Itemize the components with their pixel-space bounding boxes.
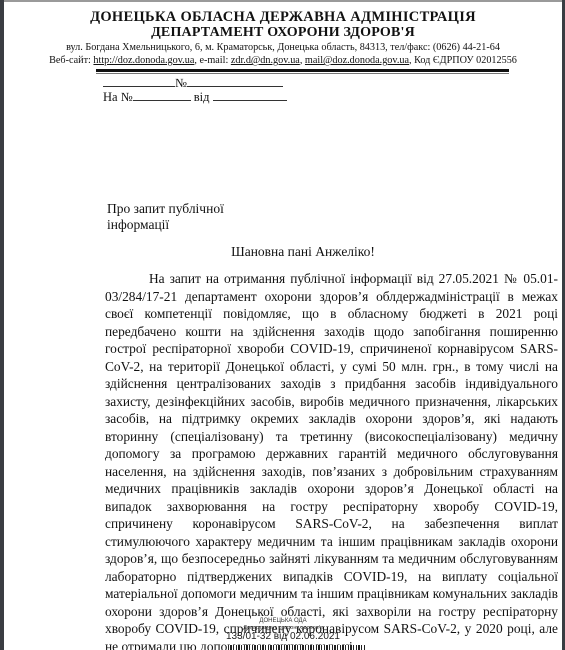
website-label: Веб-сайт: xyxy=(49,55,93,66)
stamp-registration-number: 133/01-32 від 02.06.2021 xyxy=(4,631,562,642)
email-link-1[interactable]: zdr.d@dn.gov.ua xyxy=(231,55,300,66)
email-label: , e-mail: xyxy=(194,55,231,66)
incoming-date-blank xyxy=(213,89,287,101)
barcode xyxy=(228,645,366,650)
incoming-reference: На № від xyxy=(103,89,287,105)
letterhead-address: вул. Богдана Хмельницького, 6, м. Крамат… xyxy=(4,42,562,53)
subject-line-1: Про запит публічної xyxy=(107,201,224,217)
letterhead-divider-thin xyxy=(96,73,509,74)
number-label: № xyxy=(175,76,187,90)
letterhead-department: ДЕПАРТАМЕНТ ОХОРОНИ ЗДОРОВ'Я xyxy=(4,25,562,41)
letter-body: На запит на отримання публічної інформац… xyxy=(105,270,558,650)
letterhead-organization: ДОНЕЦЬКА ОБЛАСНА ДЕРЖАВНА АДМІНІСТРАЦІЯ xyxy=(4,9,562,26)
website-link[interactable]: http://doz.donoda.gov.ua xyxy=(93,55,194,66)
outgoing-number-blank xyxy=(187,75,283,87)
edrpou-code: , Код ЄДРПОУ 02012556 xyxy=(409,55,517,66)
greeting: Шановна пані Анжеліко! xyxy=(4,244,562,260)
reply-to-label: На № xyxy=(103,90,133,104)
incoming-number-blank xyxy=(133,89,191,101)
outgoing-date-blank xyxy=(103,75,175,87)
letter-page: ДОНЕЦЬКА ОБЛАСНА ДЕРЖАВНА АДМІНІСТРАЦІЯ … xyxy=(4,2,562,650)
subject-line-2: інформації xyxy=(107,217,224,233)
letter-subject: Про запит публічної інформації xyxy=(107,201,224,233)
letterhead-contacts: Веб-сайт: http://doz.donoda.gov.ua, e-ma… xyxy=(4,55,562,66)
body-paragraph: На запит на отримання публічної інформац… xyxy=(105,270,558,650)
stamp-organization: ДОНЕЦЬКА ОДА xyxy=(4,618,562,624)
email-link-2[interactable]: mail@doz.donoda.gov.ua xyxy=(305,55,409,66)
date-label: від xyxy=(194,90,210,104)
letterhead-divider xyxy=(96,69,509,72)
